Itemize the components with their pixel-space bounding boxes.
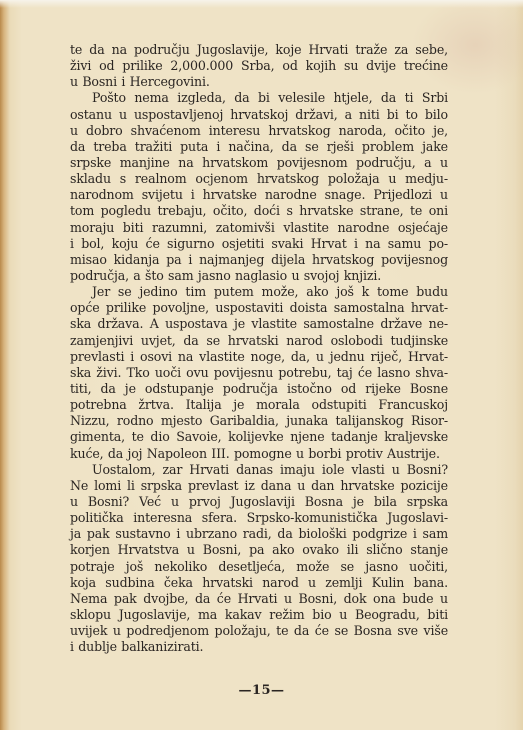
- text-line: uvijek u podredjenom položaju, te da će …: [70, 623, 448, 639]
- text-line: ja pak sustavno i ubrzano radi, da biolo…: [70, 526, 448, 542]
- paragraph-3: Jer se jedino tim putem može, ako još k …: [70, 284, 448, 462]
- text-line: gimenta, te dio Savoie, kolijevke njene …: [70, 429, 448, 445]
- text-line: sklopu Jugoslavije, ma kakav režim bio u…: [70, 607, 448, 623]
- text-line: potraje još nekoliko desetljeća, može se…: [70, 559, 448, 575]
- text-line: zamjenjivi uvjet, da se hrvatski narod o…: [70, 333, 448, 349]
- text-line: ostanu u uspostavljenoj hrvatskoj državi…: [70, 107, 448, 123]
- text-line: te da na području Jugoslavije, koje Hrva…: [70, 42, 448, 58]
- text-line: titi, da je odstupanje područja istočno …: [70, 381, 448, 397]
- text-line: prevlasti i osovi na vlastite noge, da, …: [70, 349, 448, 365]
- text-line: Nema pak dvojbe, da će Hrvati u Bosni, d…: [70, 591, 448, 607]
- text-line: ska država. A uspostava je vlastite samo…: [70, 316, 448, 332]
- text-line: srpske manjine na hrvatskom povijesnom p…: [70, 155, 448, 171]
- text-line: područja, a što sam jasno naglasio u svo…: [70, 268, 448, 284]
- body-text: te da na području Jugoslavije, koje Hrva…: [70, 42, 448, 655]
- text-line: koja sudbina čeka hrvatski narod u zemlj…: [70, 575, 448, 591]
- book-page: te da na području Jugoslavije, koje Hrva…: [0, 0, 523, 730]
- text-line: i bol, koju će sigurno osjetiti svaki Hr…: [70, 236, 448, 252]
- text-line: potrebna žrtva. Italija je morala odstup…: [70, 397, 448, 413]
- text-line: i dublje balkanizirati.: [70, 639, 448, 655]
- text-line: Ne lomi li srpska prevlast iz dana u dan…: [70, 478, 448, 494]
- text-line: da treba tražiti puta i načina, da se rj…: [70, 139, 448, 155]
- text-line: korjen Hrvatstva u Bosni, pa ako ovako i…: [70, 542, 448, 558]
- text-line: u dobro shvaćenom interesu hrvatskog nar…: [70, 123, 448, 139]
- text-line: živi od prilike 2,000.000 Srba, od kojih…: [70, 58, 448, 74]
- text-line: u Bosni? Već u prvoj Jugoslaviji Bosna j…: [70, 494, 448, 510]
- page-number: —15—: [0, 683, 523, 698]
- paragraph-4: Uostalom, zar Hrvati danas imaju iole vl…: [70, 462, 448, 656]
- paragraph-1: te da na području Jugoslavije, koje Hrva…: [70, 42, 448, 90]
- text-line: ska živi. Tko uoči ovu povijesnu potrebu…: [70, 365, 448, 381]
- text-line: skladu s realnom ocjenom hrvatskog polož…: [70, 171, 448, 187]
- text-line: misao kidanja pa i najmanjeg dijela hrva…: [70, 252, 448, 268]
- text-line: kuće, da joj Napoleon III. pomogne u bor…: [70, 446, 448, 462]
- text-line: tom pogledu trebaju, očito, doći s hrvat…: [70, 203, 448, 219]
- text-line: u Bosni i Hercegovini.: [70, 74, 448, 90]
- scan-top-edge: [0, 0, 523, 8]
- text-line: narodnom svijetu i hrvatske narodne snag…: [70, 187, 448, 203]
- text-line: Nizzu, rodno mjesto Garibaldia, junaka t…: [70, 413, 448, 429]
- text-line: moraju biti razumni, zatomivši vlastite …: [70, 220, 448, 236]
- text-line: opće prilike povoljne, uspostaviti doist…: [70, 300, 448, 316]
- text-line: Pošto nema izgleda, da bi velesile htjel…: [70, 90, 448, 106]
- paragraph-2: Pošto nema izgleda, da bi velesile htjel…: [70, 90, 448, 284]
- text-line: Jer se jedino tim putem može, ako još k …: [70, 284, 448, 300]
- text-line: Uostalom, zar Hrvati danas imaju iole vl…: [70, 462, 448, 478]
- text-line: politička interesna sfera. Srpsko-komuni…: [70, 510, 448, 526]
